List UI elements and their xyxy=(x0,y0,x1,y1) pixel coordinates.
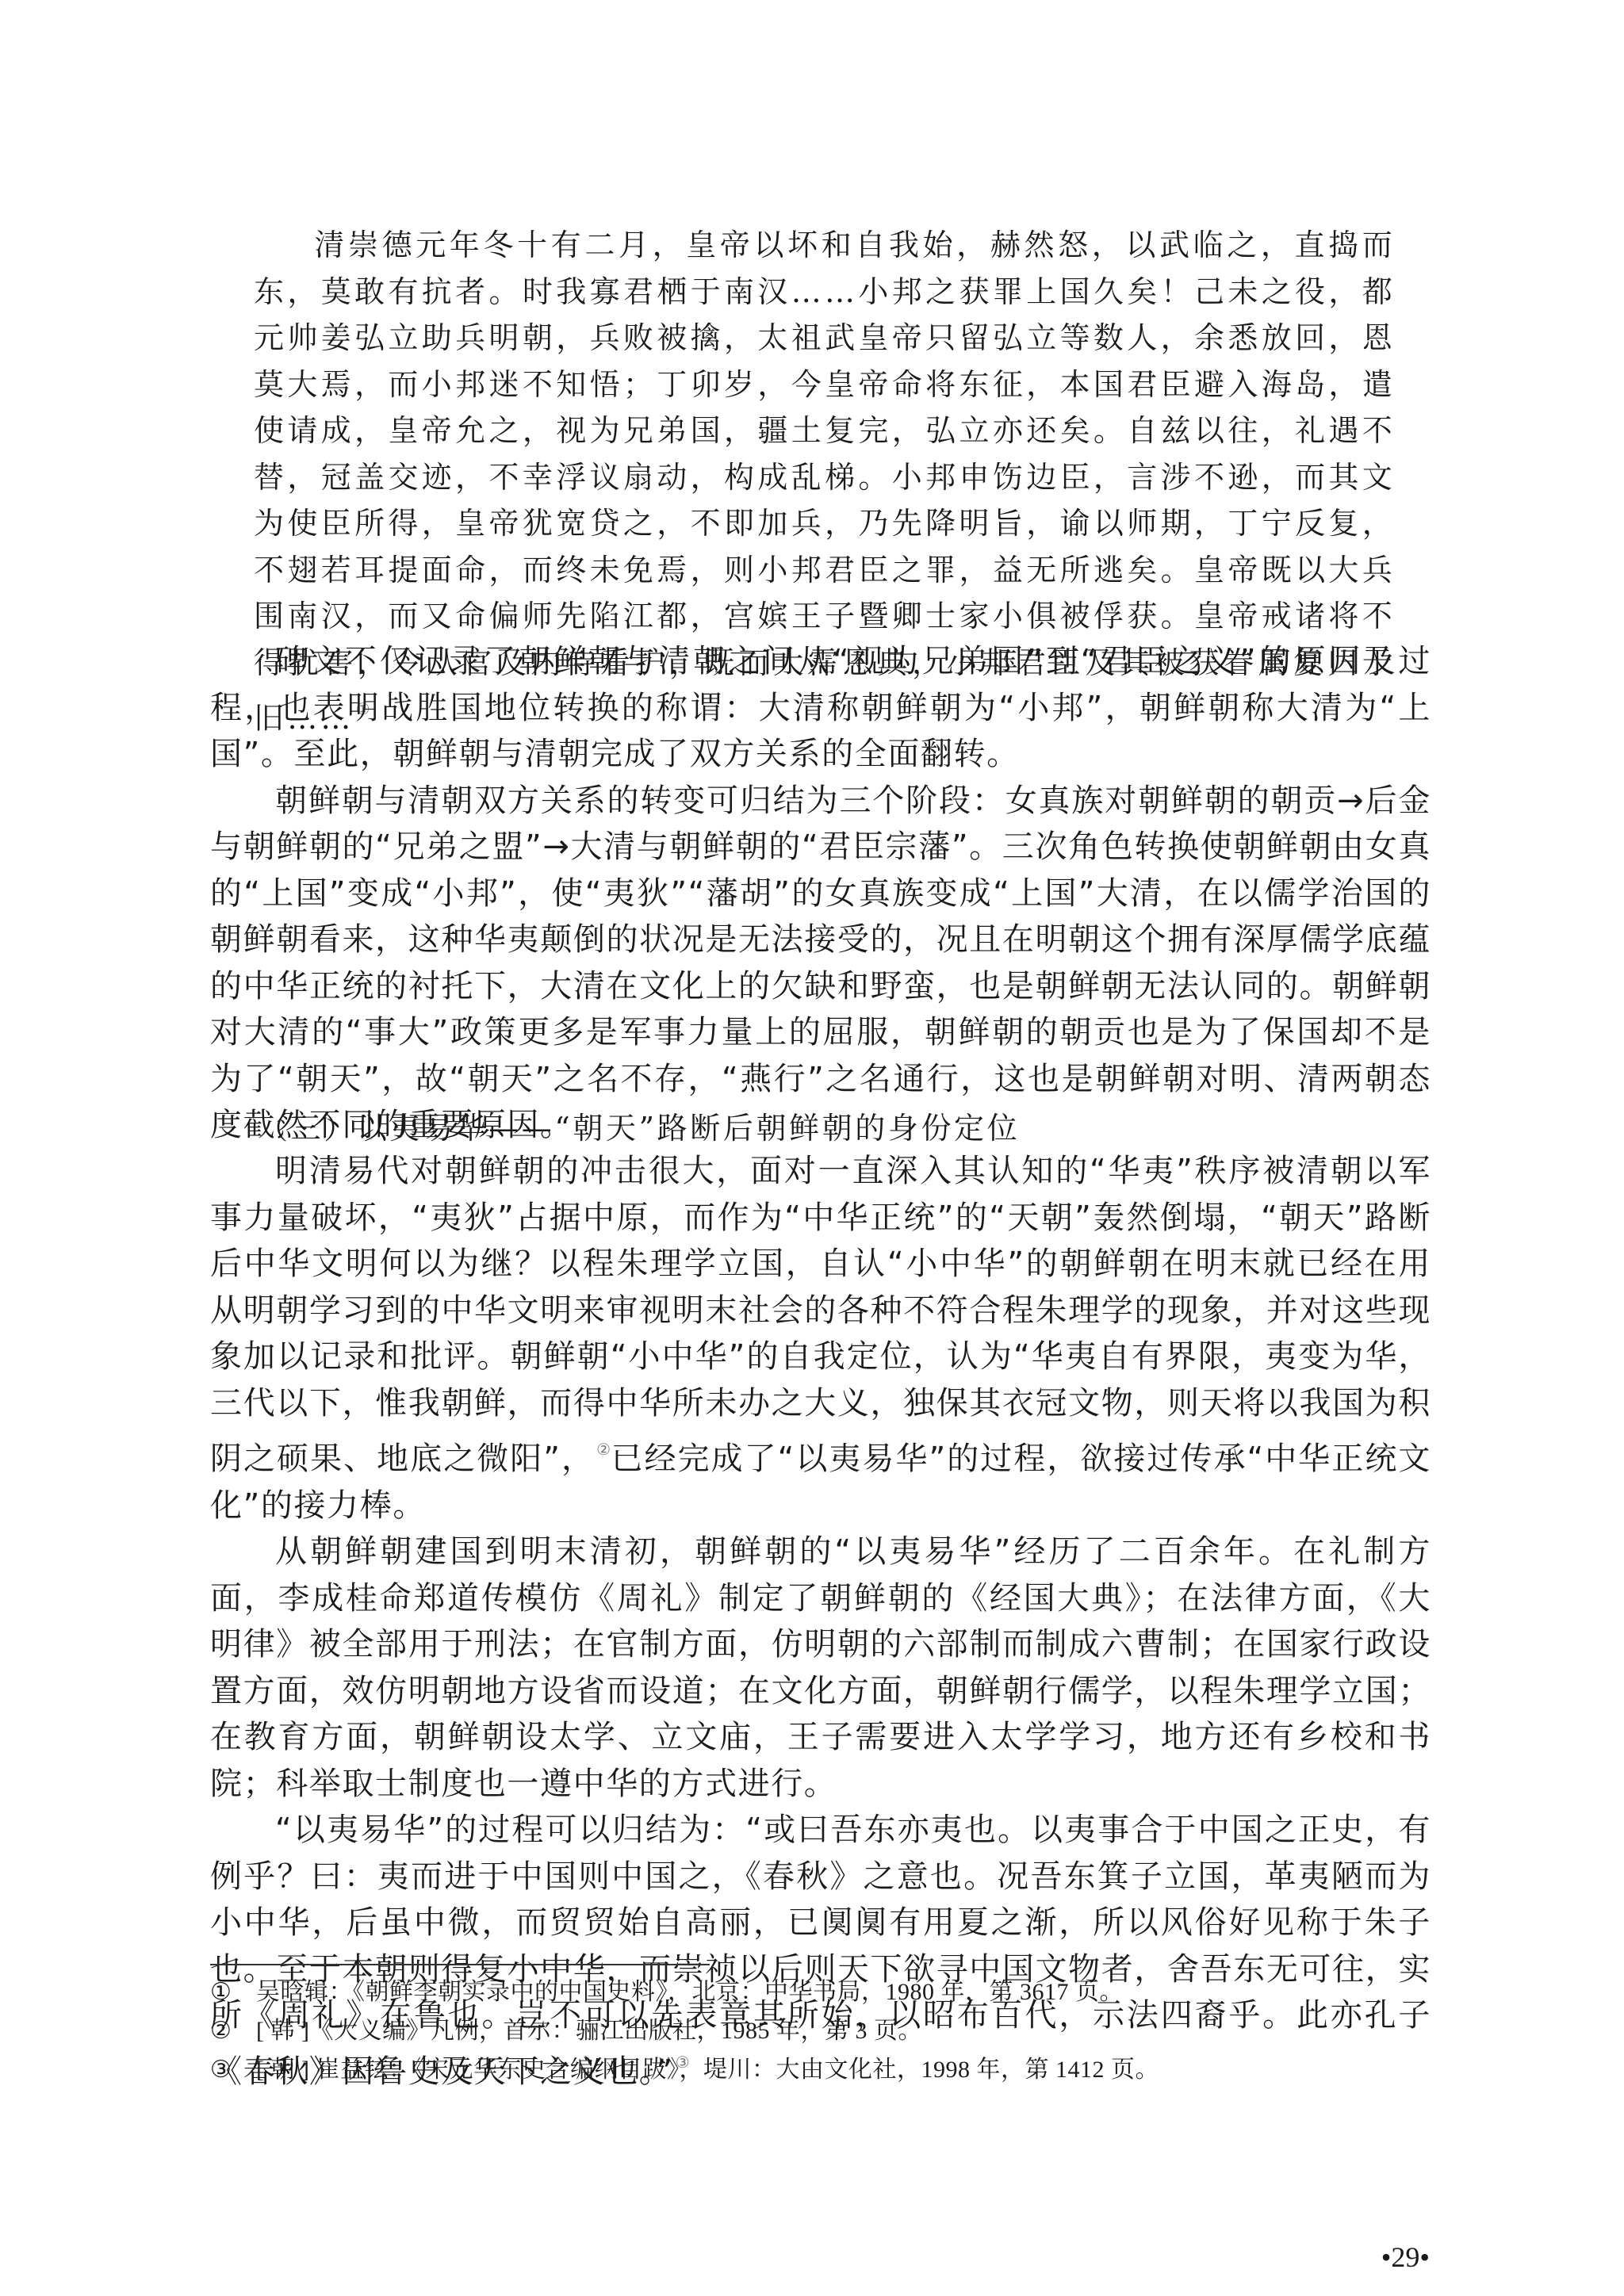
body-paragraphs-2: 明清易代对朝鲜朝的冲击很大，面对一直深入其认知的“华夷”秩序被清朝以军事力量破坏… xyxy=(210,1148,1431,2095)
footnote-divider xyxy=(210,1964,710,1965)
paragraph-text: 从朝鲜朝建国到明末清初，朝鲜朝的“以夷易华”经历了二百余年。在礼制方面，李成桂命… xyxy=(210,1533,1431,1802)
footnote-mark: ② xyxy=(210,2011,256,2050)
page-number: •29• xyxy=(1381,2241,1430,2274)
body-paragraphs-1: 碑文不仅记录了朝鲜朝与清朝之间从“视为兄弟国”到“君臣之义”的原因及过程，也表明… xyxy=(210,638,1431,1149)
footnote-3: ③ [ 朝 ] 崔益铉：《宋元华东史合编纲目跋》，堤川：大由文化社，1998 年… xyxy=(210,2050,1431,2089)
document-page: 清崇德元年冬十有二月，皇帝以坏和自我始，赫然怒，以武临之，直捣而东，莫敢有抗者。… xyxy=(0,0,1624,2296)
paragraph: 从朝鲜朝建国到明末清初，朝鲜朝的“以夷易华”经历了二百余年。在礼制方面，李成桂命… xyxy=(210,1529,1431,1807)
footnotes: ① 吴晗辑：《朝鲜李朝实录中的中国史料》，北京：中华书局，1980 年，第 36… xyxy=(210,1973,1431,2089)
paragraph-text: 明清易代对朝鲜朝的冲击很大，面对一直深入其认知的“华夷”秩序被清朝以军事力量破坏… xyxy=(210,1153,1431,1477)
footnote-text: [ 朝 ] 崔益铉：《宋元华东史合编纲目跋》，堤川：大由文化社，1998 年，第… xyxy=(256,2050,1159,2089)
footnote-text: 吴晗辑：《朝鲜李朝实录中的中国史料》，北京：中华书局，1980 年，第 3617… xyxy=(256,1973,1124,2011)
footnote-text: [ 韩 ]《大义编》凡例，首尔：骊江出版社，1985 年，第 3 页。 xyxy=(256,2011,922,2050)
footnote-2: ② [ 韩 ]《大义编》凡例，首尔：骊江出版社，1985 年，第 3 页。 xyxy=(210,2011,1431,2050)
footnote-1: ① 吴晗辑：《朝鲜李朝实录中的中国史料》，北京：中华书局，1980 年，第 36… xyxy=(210,1973,1431,2011)
paragraph: 朝鲜朝与清朝双方关系的转变可归结为三个阶段：女真族对朝鲜朝的朝贡→后金与朝鲜朝的… xyxy=(210,778,1431,1149)
paragraph: 明清易代对朝鲜朝的冲击很大，面对一直深入其认知的“华夷”秩序被清朝以军事力量破坏… xyxy=(210,1148,1431,1529)
footnote-mark: ③ xyxy=(210,2050,256,2089)
paragraph: 碑文不仅记录了朝鲜朝与清朝之间从“视为兄弟国”到“君臣之义”的原因及过程，也表明… xyxy=(210,638,1431,778)
footnote-ref-2[interactable]: ② xyxy=(596,1440,611,1459)
footnote-mark: ① xyxy=(210,1973,256,2011)
section-heading: （三）以夷易华——“朝天”路断后朝鲜朝的身份定位 xyxy=(258,1104,1020,1147)
